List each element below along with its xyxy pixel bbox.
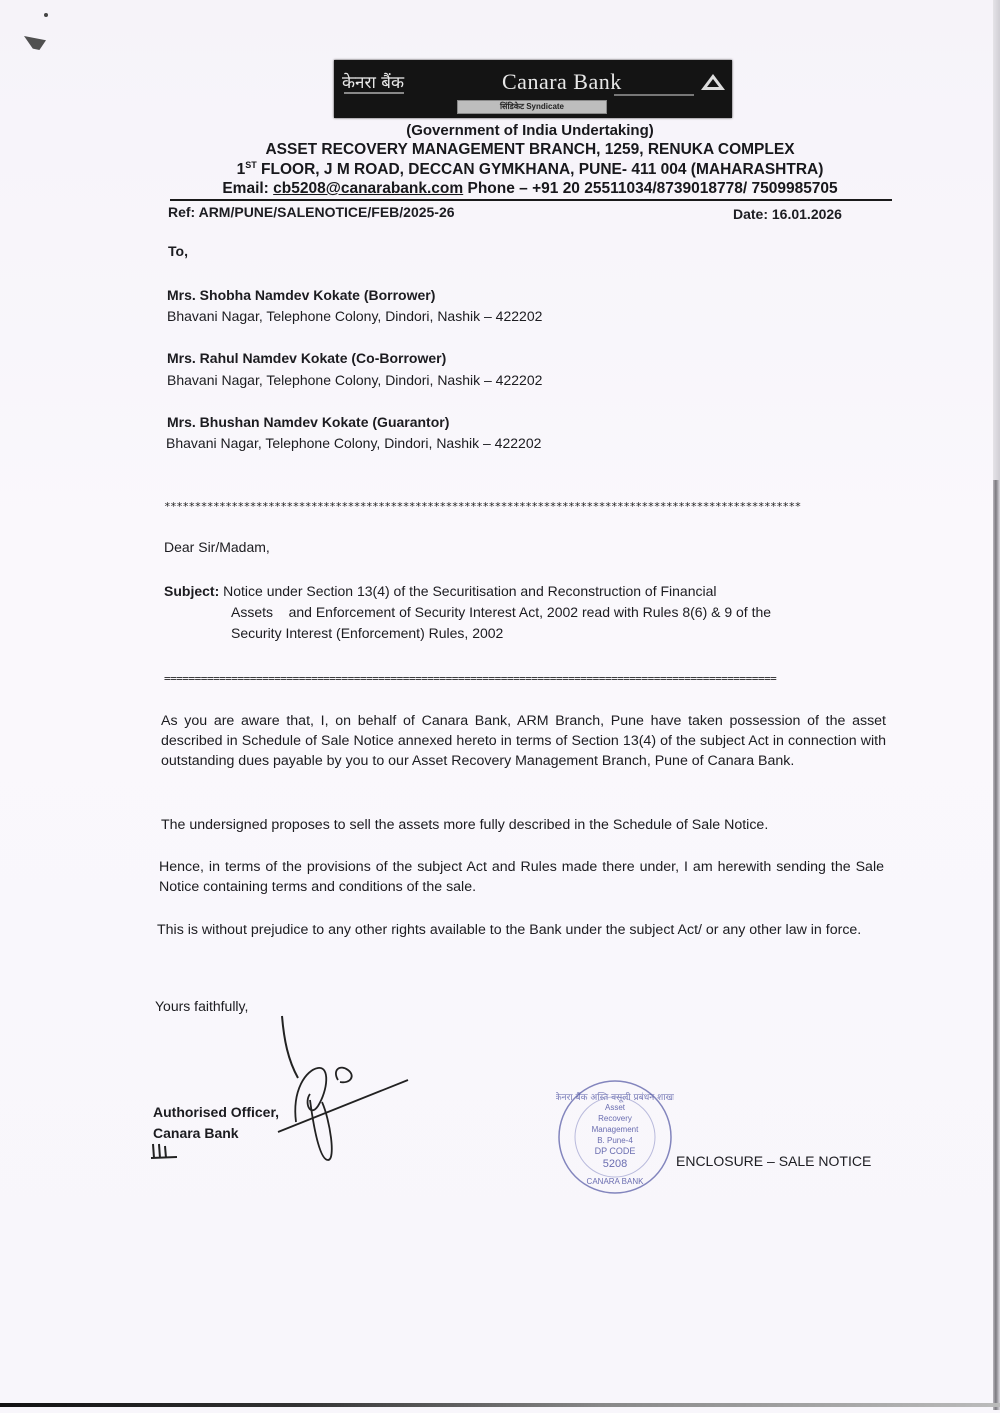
logo-name-text: Canara Bank [502,69,622,95]
body-paragraph: Hence, in terms of the provisions of the… [159,857,884,897]
body-paragraph: As you are aware that, I, on behalf of C… [161,711,886,771]
recipient-name: Mrs. Rahul Namdev Kokate (Co-Borrower) [167,349,446,368]
closing: Yours faithfully, [155,997,248,1016]
equals-separator: ========================================… [164,672,880,685]
svg-text:Recovery: Recovery [598,1114,632,1123]
letter-date: Date: 16.01.2026 [733,206,842,222]
enclosure-note: ENCLOSURE – SALE NOTICE [676,1153,871,1169]
recipient-address: Bhavani Nagar, Telephone Colony, Dindori… [166,434,541,453]
subject-line-1: Subject: Notice under Section 13(4) of t… [164,582,717,601]
canara-triangle-icon [701,74,725,90]
body-paragraph: This is without prejudice to any other r… [157,920,882,940]
scan-smudge [24,36,46,50]
svg-text:CANARA BANK: CANARA BANK [587,1177,645,1186]
canara-bank-logo: केनरा बैंक Canara Bank सिंडिकेट Syndicat… [334,60,732,118]
svg-text:B. Pune-4: B. Pune-4 [597,1136,633,1145]
signatory-org: Canara Bank [153,1124,239,1143]
recipient-address: Bhavani Nagar, Telephone Colony, Dindori… [167,371,542,390]
logo-syndicate-tag: सिंडिकेट Syndicate [457,100,607,114]
to-label: To, [168,242,188,261]
star-separator: ****************************************… [164,500,880,513]
svg-text:5208: 5208 [603,1158,627,1170]
salutation: Dear Sir/Madam, [164,538,270,557]
branch-line: ASSET RECOVERY MANAGEMENT BRANCH, 1259, … [150,141,910,159]
reference-number: Ref: ARM/PUNE/SALENOTICE/FEB/2025-26 [168,204,455,220]
signature-image [270,1010,420,1170]
email-link[interactable]: cb5208@canarabank.com [273,180,463,197]
svg-text:Asset: Asset [605,1103,626,1112]
scan-bottom-edge [0,1403,1000,1407]
address-line: 1ST FLOOR, J M ROAD, DECCAN GYMKHANA, PU… [150,160,910,179]
scan-speck [44,13,48,17]
initials-mark [150,1142,178,1162]
signatory-title: Authorised Officer, [153,1103,279,1122]
header-rule [170,199,892,201]
recipient-name: Mrs. Shobha Namdev Kokate (Borrower) [167,286,435,305]
svg-text:DP CODE: DP CODE [595,1146,636,1156]
contact-line: Email: cb5208@canarabank.com Phone – +91… [160,180,900,198]
svg-text:केनरा बैंक अस्ति वसूली प्रबंधन: केनरा बैंक अस्ति वसूली प्रबंधन शाखा [556,1091,674,1103]
scanned-letter-page: केनरा बैंक Canara Bank सिंडिकेट Syndicat… [0,0,1000,1413]
svg-text:Management: Management [592,1125,639,1134]
logo-hindi-text: केनरा बैंक [342,70,404,93]
recipient-name: Mrs. Bhushan Namdev Kokate (Guarantor) [167,413,449,432]
body-paragraph: The undersigned proposes to sell the ass… [161,815,886,835]
recipient-address: Bhavani Nagar, Telephone Colony, Dindori… [167,307,542,326]
government-line: (Government of India Undertaking) [150,122,910,139]
subject-line-3: Security Interest (Enforcement) Rules, 2… [231,624,503,643]
branch-rubber-stamp: केनरा बैंक अस्ति वसूली प्रबंधन शाखा Asse… [556,1078,674,1196]
subject-line-2: Assets and Enforcement of Security Inter… [231,603,771,622]
